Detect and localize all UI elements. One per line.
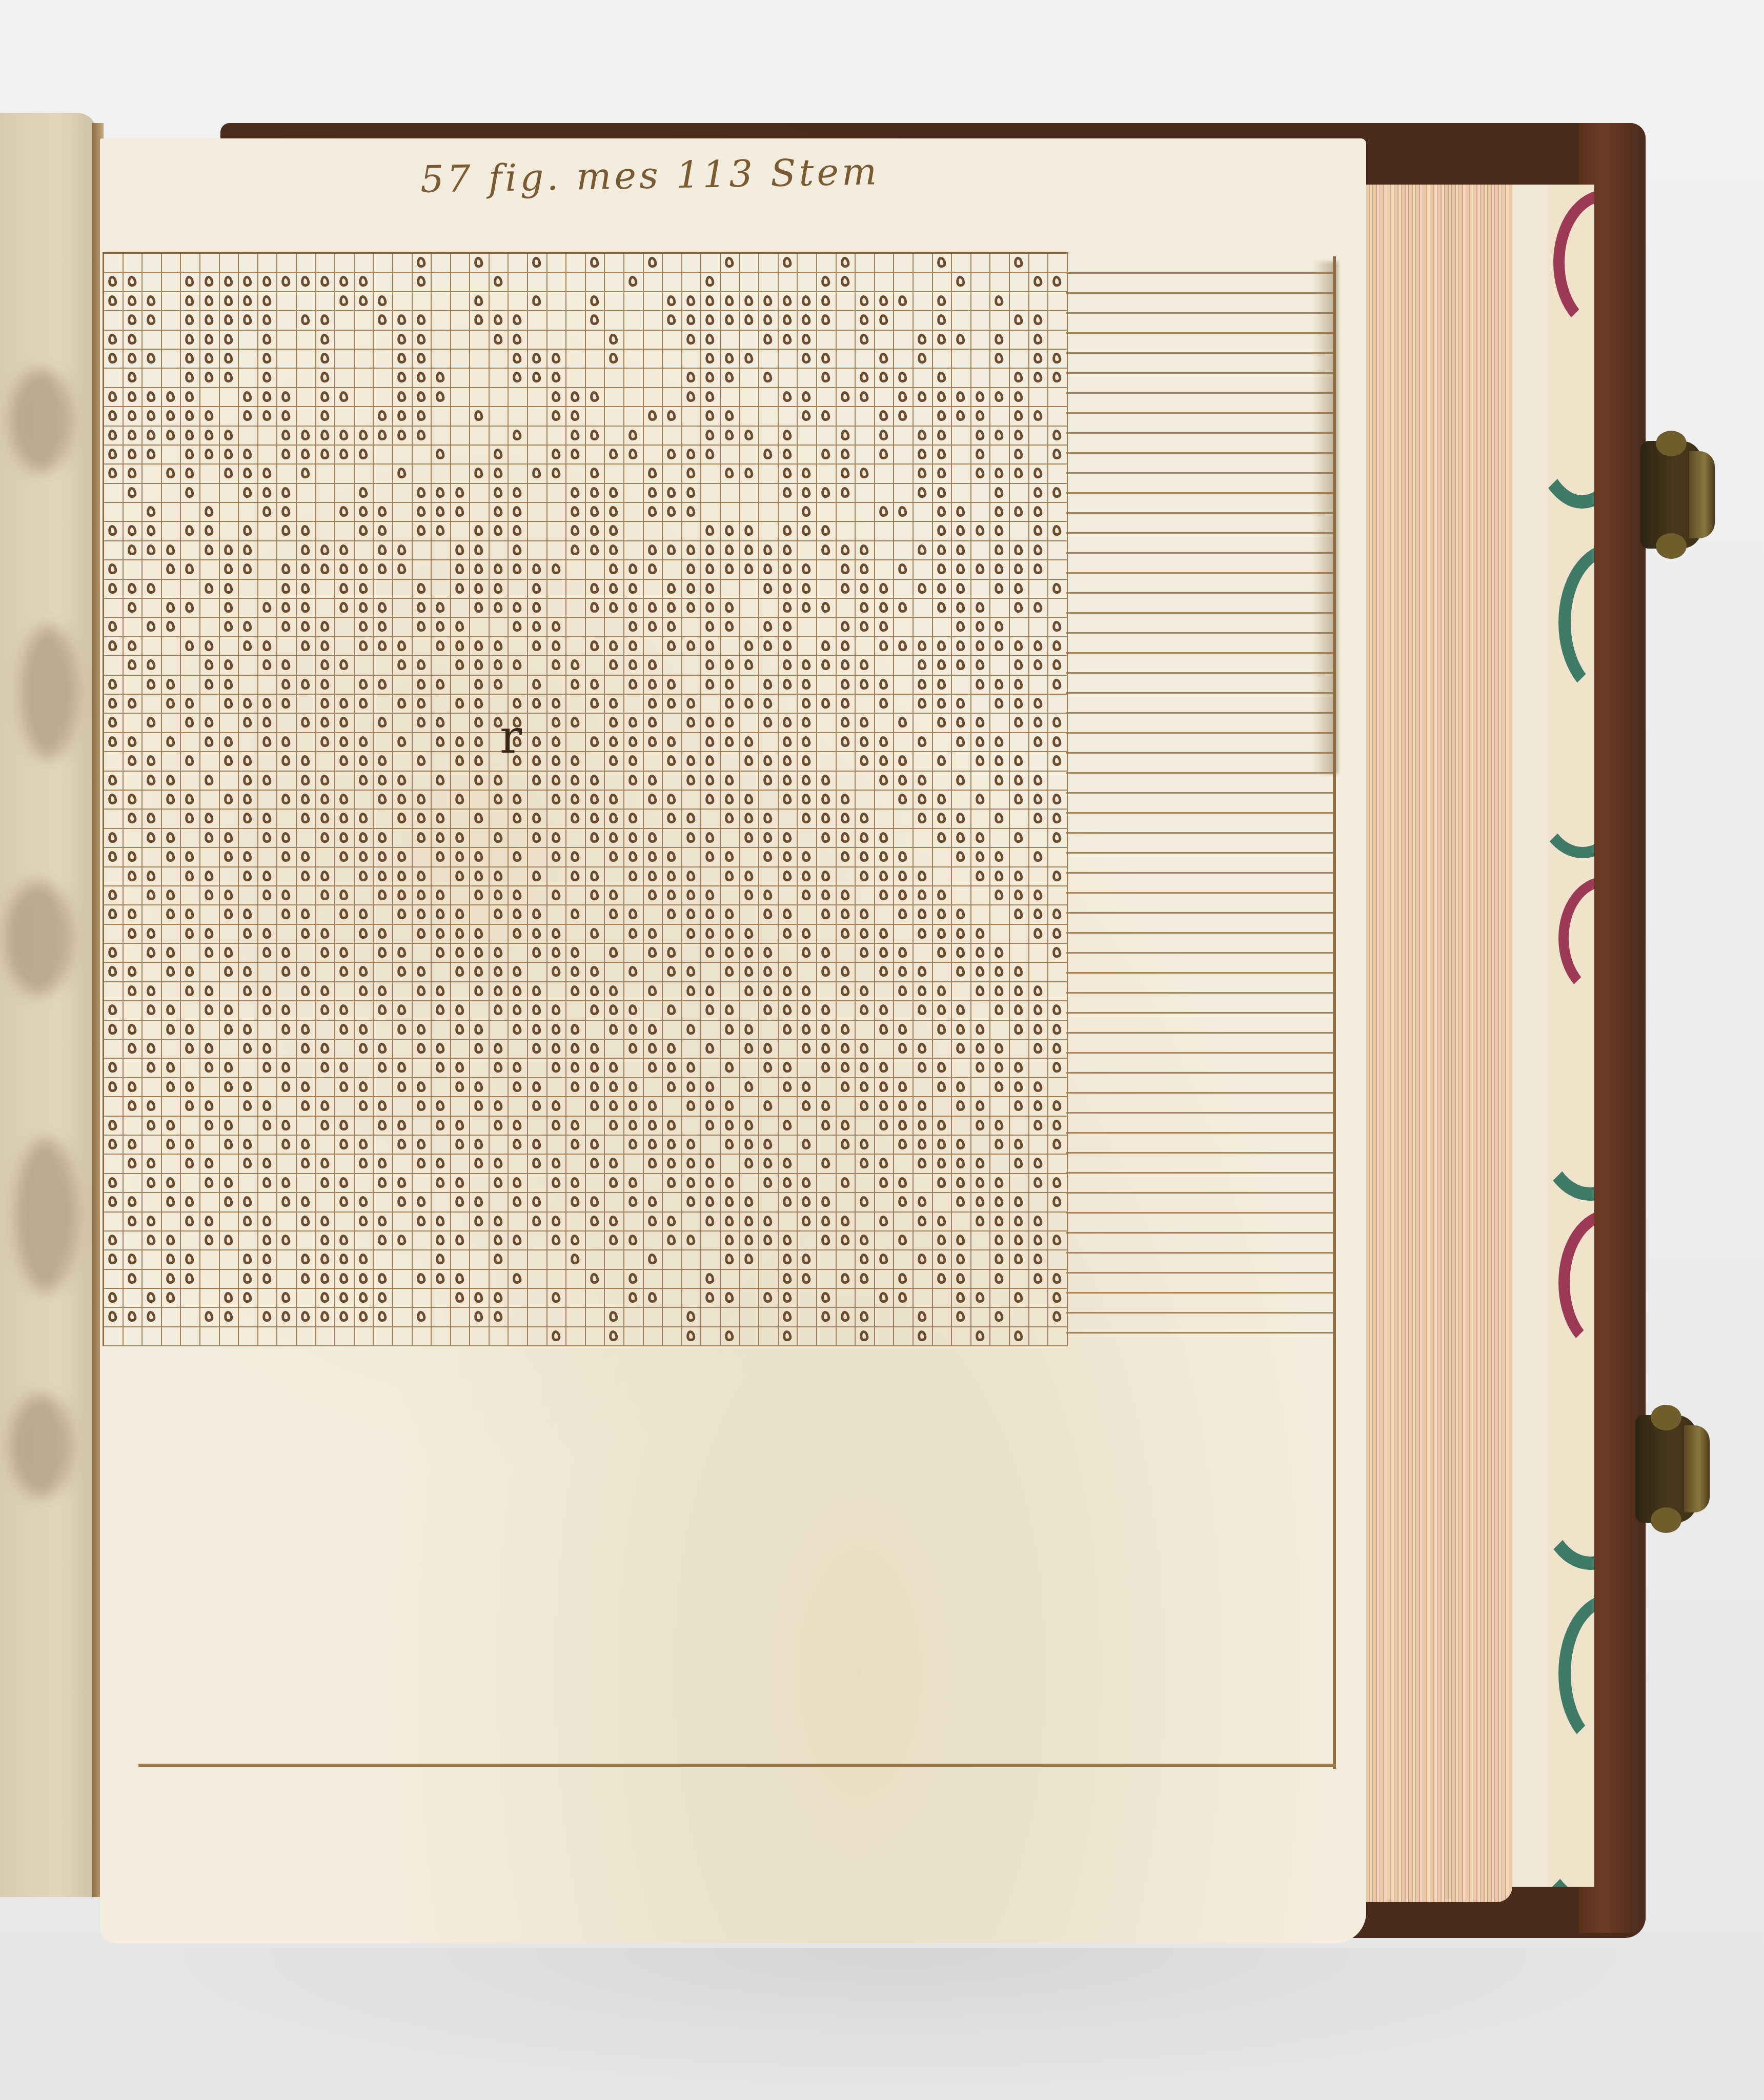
grid-cell <box>200 1078 220 1097</box>
grid-cell-dot <box>548 963 567 982</box>
grid-cell <box>258 427 278 446</box>
grid-cell-dot <box>914 886 933 905</box>
grid-cell <box>393 1308 413 1327</box>
grid-cell-dot <box>124 388 143 407</box>
grid-cell <box>856 1174 875 1193</box>
grid-cell <box>548 599 567 618</box>
grid-cell-dot <box>528 637 548 656</box>
grid-cell-dot <box>1029 982 1049 1001</box>
grid-cell <box>143 273 162 292</box>
grid-cell <box>277 772 297 791</box>
grid-cell-dot <box>181 522 200 541</box>
grid-cell-dot <box>605 503 624 522</box>
grid-cell-dot <box>528 867 548 886</box>
grid-cell-dot <box>933 752 952 771</box>
grid-cell-dot <box>200 369 220 388</box>
grid-cell-dot <box>856 752 875 771</box>
grid-cell-dot <box>817 1231 837 1250</box>
grid-cell <box>990 1021 1010 1040</box>
grid-cell-dot <box>817 522 837 541</box>
grid-cell <box>740 848 760 867</box>
grid-cell-dot <box>200 733 220 752</box>
grid-cell <box>837 599 856 618</box>
grid-cell <box>701 1308 721 1327</box>
grid-cell <box>624 695 644 714</box>
grid-cell <box>875 1193 895 1212</box>
grid-cell-dot <box>413 886 432 905</box>
grid-cell-dot <box>933 254 952 273</box>
grid-cell <box>682 254 702 273</box>
grid-cell-dot <box>856 1327 875 1346</box>
grid-cell <box>548 1308 567 1327</box>
grid-cell <box>894 1327 914 1346</box>
grid-cell-dot <box>682 867 702 886</box>
grid-cell <box>624 369 644 388</box>
grid-cell-dot <box>316 810 336 829</box>
grid-cell-dot <box>239 446 258 465</box>
grid-cell-dot <box>894 407 914 426</box>
grid-cell-dot <box>490 944 509 963</box>
grid-cell <box>451 676 471 695</box>
grid-cell-dot <box>644 560 663 579</box>
grid-cell-dot <box>143 656 162 675</box>
grid-cell-dot <box>124 273 143 292</box>
swirl-green <box>1548 723 1594 858</box>
grid-cell-dot <box>1029 714 1049 733</box>
grid-cell-dot <box>181 1250 200 1269</box>
grid-cell-dot <box>104 905 124 924</box>
grid-cell-dot <box>990 580 1010 599</box>
grid-cell-dot <box>470 637 490 656</box>
grid-cell-dot <box>856 369 875 388</box>
grid-cell-dot <box>393 350 413 369</box>
grid-cell-dot <box>335 1078 355 1097</box>
grid-cell-dot <box>605 1155 624 1174</box>
grid-cell-dot <box>971 427 991 446</box>
grid-cell-dot <box>104 829 124 848</box>
grid-cell <box>952 350 971 369</box>
grid-cell-dot <box>837 1136 856 1155</box>
grid-cell <box>1010 810 1029 829</box>
grid-cell-dot <box>200 522 220 541</box>
grid-cell <box>759 1021 779 1040</box>
grid-cell-dot <box>181 963 200 982</box>
grid-cell-dot <box>952 733 971 752</box>
grid-cell <box>952 791 971 810</box>
grid-cell <box>509 1155 528 1174</box>
grid-cell-dot <box>682 772 702 791</box>
grid-cell-dot <box>335 791 355 810</box>
grid-cell <box>297 1174 316 1193</box>
grid-cell-dot <box>277 522 297 541</box>
grid-cell-dot <box>1010 1021 1029 1040</box>
grid-cell-dot <box>470 1097 490 1116</box>
grid-cell <box>355 656 374 675</box>
grid-cell-dot <box>721 618 740 637</box>
grid-cell <box>779 810 798 829</box>
grid-cell-dot <box>894 1136 914 1155</box>
grid-cell <box>624 522 644 541</box>
grid-cell-dot <box>990 733 1010 752</box>
grid-cell-dot <box>990 618 1010 637</box>
grid-cell-dot <box>1010 311 1029 330</box>
grid-cell-dot <box>875 580 895 599</box>
grid-cell-dot <box>605 522 624 541</box>
grid-cell-dot <box>875 676 895 695</box>
grid-cell-dot <box>393 331 413 350</box>
grid-cell-dot <box>779 676 798 695</box>
grid-cell-dot <box>104 1250 124 1269</box>
pattern-grid <box>103 252 1068 1346</box>
grid-cell-dot <box>952 1174 971 1193</box>
clasp-lobe <box>1651 1405 1681 1430</box>
grid-cell-dot <box>355 829 374 848</box>
grid-cell-dot <box>990 292 1010 311</box>
grid-cell-dot <box>624 829 644 848</box>
grid-cell-dot <box>181 714 200 733</box>
swirl-green <box>1548 318 1594 509</box>
grid-cell <box>548 331 567 350</box>
grid-cell <box>586 350 605 369</box>
grid-cell-dot <box>817 944 837 963</box>
grid-cell-dot <box>470 925 490 944</box>
grid-cell-dot <box>548 446 567 465</box>
grid-cell <box>1029 388 1049 407</box>
grid-cell-dot <box>990 503 1010 522</box>
grid-cell-dot <box>104 1001 124 1020</box>
grid-cell <box>644 1327 663 1346</box>
grid-cell-dot <box>335 810 355 829</box>
grid-cell <box>200 695 220 714</box>
grid-cell <box>297 944 316 963</box>
grid-cell-dot <box>759 829 779 848</box>
grid-cell-dot <box>779 1289 798 1308</box>
grid-cell <box>566 1097 586 1116</box>
grid-cell-dot <box>894 1289 914 1308</box>
grid-cell <box>124 1289 143 1308</box>
grid-cell-dot <box>856 311 875 330</box>
grid-cell <box>971 1250 991 1269</box>
grid-cell-dot <box>451 503 471 522</box>
grid-cell-dot <box>451 752 471 771</box>
grid-cell-dot <box>952 829 971 848</box>
grid-cell-dot <box>721 867 740 886</box>
grid-cell-dot <box>470 599 490 618</box>
grid-cell-dot <box>566 867 586 886</box>
grid-cell <box>374 1193 393 1212</box>
grid-cell <box>566 369 586 388</box>
grid-cell-dot <box>990 944 1010 963</box>
grid-cell-dot <box>856 1250 875 1269</box>
grid-cell <box>316 1193 336 1212</box>
grid-cell-dot <box>624 1136 644 1155</box>
grid-cell-dot <box>605 1327 624 1346</box>
grid-cell <box>856 963 875 982</box>
grid-cell-dot <box>104 944 124 963</box>
grid-cell-dot <box>104 407 124 426</box>
grid-cell-dot <box>277 273 297 292</box>
grid-cell-dot <box>605 599 624 618</box>
grid-cell <box>624 1059 644 1078</box>
grid-cell-dot <box>933 791 952 810</box>
grid-cell <box>779 944 798 963</box>
grid-cell <box>856 407 875 426</box>
grid-cell-dot <box>451 867 471 886</box>
grid-cell <box>528 503 548 522</box>
grid-cell <box>990 254 1010 273</box>
grid-cell-dot <box>490 1097 509 1116</box>
grid-cell <box>162 331 181 350</box>
grid-cell-dot <box>316 407 336 426</box>
grid-cell <box>644 1078 663 1097</box>
grid-cell-dot <box>971 867 991 886</box>
grid-cell-dot <box>721 1231 740 1250</box>
grid-cell-dot <box>393 1174 413 1193</box>
grid-cell-dot <box>528 810 548 829</box>
grid-cell-dot <box>682 311 702 330</box>
grid-cell-dot <box>586 1193 605 1212</box>
grid-cell <box>548 292 567 311</box>
grid-cell <box>933 867 952 886</box>
grid-cell-dot <box>239 867 258 886</box>
grid-cell-dot <box>817 772 837 791</box>
grid-cell <box>548 273 567 292</box>
grid-cell <box>759 925 779 944</box>
grid-cell-dot <box>297 1193 316 1212</box>
grid-cell <box>894 331 914 350</box>
grid-cell-dot <box>875 1021 895 1040</box>
grid-cell-dot <box>393 1001 413 1020</box>
grid-cell-dot <box>624 599 644 618</box>
grid-cell <box>297 1289 316 1308</box>
grid-cell-dot <box>528 254 548 273</box>
grid-cell <box>124 676 143 695</box>
grid-cell-dot <box>837 695 856 714</box>
grid-cell-dot <box>1048 925 1068 944</box>
grid-cell-dot <box>566 1231 586 1250</box>
grid-cell-dot <box>297 714 316 733</box>
grid-cell-dot <box>875 1174 895 1193</box>
grid-cell <box>181 676 200 695</box>
grid-cell-dot <box>528 1097 548 1116</box>
grid-cell-dot <box>798 752 817 771</box>
grid-cell-dot <box>798 1001 817 1020</box>
grid-cell-dot <box>894 982 914 1001</box>
grid-cell <box>740 1097 760 1116</box>
grid-cell-dot <box>1029 350 1049 369</box>
grid-cell <box>914 829 933 848</box>
grid-cell-dot <box>432 1059 451 1078</box>
grid-cell-dot <box>355 273 374 292</box>
grid-cell-dot <box>817 656 837 675</box>
grid-cell-dot <box>239 618 258 637</box>
grid-cell-dot <box>393 388 413 407</box>
grid-cell <box>277 1040 297 1059</box>
grid-cell-dot <box>759 1040 779 1059</box>
grid-cell-dot <box>528 944 548 963</box>
grid-cell <box>779 407 798 426</box>
grid-cell <box>740 446 760 465</box>
grid-cell-dot <box>798 944 817 963</box>
grid-cell-dot <box>644 1250 663 1269</box>
grid-cell-dot <box>971 388 991 407</box>
grid-cell <box>181 580 200 599</box>
grid-cell-dot <box>413 273 432 292</box>
grid-cell-dot <box>413 1078 432 1097</box>
grid-cell-dot <box>335 944 355 963</box>
grid-cell-dot <box>316 1289 336 1308</box>
grid-cell <box>393 446 413 465</box>
grid-cell-dot <box>143 752 162 771</box>
grid-cell-dot <box>239 1193 258 1212</box>
grid-cell <box>181 1231 200 1250</box>
grid-cell-dot <box>721 350 740 369</box>
grid-cell-dot <box>837 465 856 483</box>
grid-cell <box>875 656 895 675</box>
ruled-lines-area <box>1066 254 1333 1346</box>
grid-cell-dot <box>971 1097 991 1116</box>
grid-cell-dot <box>798 407 817 426</box>
grid-cell-dot <box>220 465 239 483</box>
grid-cell <box>200 254 220 273</box>
grid-cell <box>644 273 663 292</box>
grid-cell-dot <box>528 752 548 771</box>
grid-cell-dot <box>740 427 760 446</box>
grid-cell-dot <box>605 331 624 350</box>
grid-cell <box>277 331 297 350</box>
grid-cell <box>1048 407 1068 426</box>
grid-cell-dot <box>432 810 451 829</box>
grid-cell-dot <box>162 599 181 618</box>
grid-cell <box>914 1078 933 1097</box>
grid-cell <box>335 676 355 695</box>
grid-cell-dot <box>894 791 914 810</box>
grid-cell-dot <box>990 752 1010 771</box>
grid-cell <box>374 1327 393 1346</box>
grid-cell-dot <box>779 541 798 560</box>
grid-cell-dot <box>124 1078 143 1097</box>
grid-cell <box>277 1213 297 1231</box>
grid-cell-dot <box>798 331 817 350</box>
grid-cell <box>509 1289 528 1308</box>
grid-cell-dot <box>1010 446 1029 465</box>
grid-cell <box>566 1213 586 1231</box>
grid-cell <box>971 1270 991 1289</box>
grid-cell-dot <box>258 1231 278 1250</box>
grid-cell-dot <box>990 331 1010 350</box>
grid-cell-dot <box>490 465 509 483</box>
grid-cell <box>1029 676 1049 695</box>
grid-cell <box>682 618 702 637</box>
grid-cell-dot <box>297 1097 316 1116</box>
grid-cell-dot <box>335 446 355 465</box>
grid-cell-dot <box>1048 905 1068 924</box>
grid-cell <box>451 331 471 350</box>
grid-cell-dot <box>181 810 200 829</box>
grid-cell-dot <box>952 1136 971 1155</box>
grid-cell <box>181 618 200 637</box>
grid-cell-dot <box>490 772 509 791</box>
grid-cell <box>1029 1327 1049 1346</box>
grid-cell-dot <box>952 580 971 599</box>
grid-cell <box>143 1270 162 1289</box>
grid-cell <box>297 886 316 905</box>
grid-cell-dot <box>701 580 721 599</box>
grid-cell <box>971 369 991 388</box>
grid-cell-dot <box>837 541 856 560</box>
grid-cell <box>933 963 952 982</box>
grid-cell <box>162 311 181 330</box>
grid-cell <box>220 1155 239 1174</box>
grid-cell <box>528 1174 548 1193</box>
grid-cell <box>239 1059 258 1078</box>
grid-cell-dot <box>432 484 451 503</box>
grid-cell-dot <box>1010 676 1029 695</box>
grid-cell <box>162 656 181 675</box>
grid-cell-dot <box>509 1193 528 1212</box>
grid-cell <box>220 522 239 541</box>
clasp-lobe <box>1656 431 1687 456</box>
grid-cell-dot <box>1048 714 1068 733</box>
grid-cell-dot <box>952 273 971 292</box>
grid-cell <box>759 791 779 810</box>
grid-cell-dot <box>682 714 702 733</box>
grid-cell-dot <box>933 1136 952 1155</box>
grid-cell-dot <box>258 292 278 311</box>
grid-cell-dot <box>316 273 336 292</box>
grid-cell <box>566 733 586 752</box>
grid-cell-dot <box>143 829 162 848</box>
grid-cell <box>181 1308 200 1327</box>
grid-cell-dot <box>258 599 278 618</box>
grid-cell <box>413 1001 432 1020</box>
grid-cell-dot <box>181 848 200 867</box>
grid-cell-dot <box>239 637 258 656</box>
grid-cell <box>798 637 817 656</box>
grid-cell-dot <box>914 676 933 695</box>
grid-cell-dot <box>393 1021 413 1040</box>
grid-cell-dot <box>779 1270 798 1289</box>
grid-cell-dot <box>297 810 316 829</box>
grid-cell-dot <box>1029 407 1049 426</box>
grid-cell-dot <box>663 1174 682 1193</box>
grid-cell <box>297 1059 316 1078</box>
grid-cell <box>490 848 509 867</box>
grid-cell-dot <box>104 580 124 599</box>
grid-cell-dot <box>721 1136 740 1155</box>
grid-cell <box>548 503 567 522</box>
grid-cell-dot <box>413 925 432 944</box>
grid-cell-dot <box>644 925 663 944</box>
grid-cell-dot <box>914 465 933 483</box>
grid-cell-dot <box>1010 1097 1029 1116</box>
grid-cell-dot <box>721 772 740 791</box>
grid-cell <box>451 369 471 388</box>
grid-cell <box>162 1327 181 1346</box>
grid-cell-dot <box>740 637 760 656</box>
grid-cell <box>258 791 278 810</box>
grid-cell <box>644 580 663 599</box>
grid-cell <box>393 1327 413 1346</box>
grid-cell-dot <box>316 772 336 791</box>
grid-cell <box>682 1001 702 1020</box>
grid-cell-dot <box>104 791 124 810</box>
grid-cell-dot <box>374 944 393 963</box>
grid-cell-dot <box>624 867 644 886</box>
grid-cell <box>663 1250 682 1269</box>
grid-cell-dot <box>200 637 220 656</box>
grid-cell <box>644 963 663 982</box>
